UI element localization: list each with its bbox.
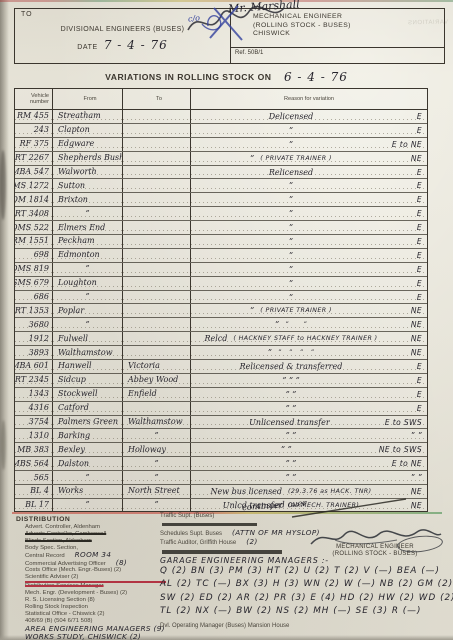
reason-cell: ” ” ” ” ” NE (191, 346, 427, 359)
column-header-to: To (123, 89, 191, 109)
reason-wrap: ” ” ” (194, 320, 388, 329)
to-cell (123, 207, 191, 220)
from-cell: ” (53, 291, 123, 304)
reason-text: ” (289, 265, 293, 274)
reason-cell: Relicensed E (191, 166, 427, 179)
reason-wrap: Relicensed & transferred (194, 362, 388, 371)
division-code: NE (388, 501, 424, 510)
reason-text: ” ” ” (282, 376, 299, 385)
division-code: NE (388, 348, 424, 357)
handwritten-note: (8) (116, 558, 127, 567)
document-title: VARIATIONS IN ROLLING STOCK ON (105, 72, 271, 82)
division-code: E (388, 390, 424, 399)
reason-cell: ” ” E (191, 402, 427, 415)
reason-text: Relcd (204, 334, 227, 343)
distribution-item: Costs Office (Mech. Engr.-Buses) (2) (25, 567, 166, 574)
to-cell (123, 277, 191, 290)
vehicle-number-cell: DMS 522 (15, 221, 53, 234)
to-cell: ” (123, 429, 191, 442)
division-code: E (388, 279, 424, 288)
reason-cell: ” E to NE (191, 138, 427, 151)
distribution-heading: DISTRIBUTION (16, 516, 166, 523)
reason-wrap: ” ( PRIVATE TRAINER ) (194, 306, 388, 315)
reason-cell: New bus licensed (29.3.76 as HACK. TNR) … (191, 485, 427, 498)
garage-lines: Q (2) BN (3) PM (3) HT (2) U (2) T (2) V… (160, 565, 450, 618)
reason-text: ” ” (286, 459, 297, 468)
vehicle-number-cell: 3680 (15, 318, 53, 331)
office-line-2: (ROLLING STOCK - BUSES) (253, 22, 444, 31)
reason-wrap: ” (194, 251, 388, 260)
edge-smudge (1, 420, 6, 470)
to-cell (123, 332, 191, 345)
reason-cell: Relicensed & transferred E (191, 360, 427, 373)
reason-wrap: ” (194, 223, 388, 232)
reason-cell: ” E (191, 263, 427, 276)
scanned-form-page: { "form": { "to_label": "TO", "addressee… (0, 0, 453, 640)
reason-cell: Relcd ( HACKNEY STAFF to HACKNEY TRAINER… (191, 332, 427, 345)
reason-wrap: ” ” ” ” ” (194, 348, 388, 357)
table-row: 243 Clapton ” E (15, 124, 427, 138)
division-code: E (388, 181, 424, 190)
from-cell: Sutton (53, 179, 123, 192)
reason-cell: ” E (191, 277, 427, 290)
to-cell: Victoria (123, 360, 191, 373)
to-cell (123, 346, 191, 359)
division-code: E to SWS (385, 418, 424, 427)
table-row: 686 ” ” E (15, 291, 427, 305)
table-row: RT 3408 ” ” E (15, 207, 427, 221)
distribution-item (162, 550, 282, 554)
distribution-footer: Dvl. Operating Manager (Buses) Mansion H… (160, 623, 450, 629)
to-cell: Enfield (123, 388, 191, 401)
distribution-item-label: Scientific Adviser (2) (25, 574, 78, 580)
to-cell (123, 166, 191, 179)
reason-cell: ” E (191, 249, 427, 262)
reason-note: (29.3.76 as HACK. TNR) (288, 488, 371, 495)
table-row: MBS 564 Dalston ” ” ” E to NE (15, 457, 427, 471)
vehicle-number-cell: MB 383 (15, 443, 53, 456)
reason-text: ” ” (286, 390, 297, 399)
division-code: E (388, 293, 424, 302)
office-line-3: CHISWICK (253, 30, 444, 39)
from-cell: Catford (53, 402, 123, 415)
reason-text: ” (289, 251, 293, 260)
reason-text: ” (250, 154, 254, 163)
from-cell: Hanwell (53, 360, 123, 373)
to-cell (123, 263, 191, 276)
distribution-item: Scientific Adviser (2) (25, 574, 166, 583)
table-row: MB 383 Bexley Holloway ” ” NE to SWS (15, 443, 427, 457)
reason-note: ( PRIVATE TRAINER ) (260, 155, 332, 162)
distribution-item: Statistical Office - Chiswick (2) (25, 611, 166, 618)
from-cell: Elmers End (53, 221, 123, 234)
from-cell: ” (53, 499, 123, 512)
division-code: E (388, 223, 424, 232)
table-row: 3680 ” ” ” ” NE (15, 318, 427, 332)
vehicle-number-cell: 3893 (15, 346, 53, 359)
form-header-box: TO DIVISIONAL ENGINEERS (BUSES) DATE7 - … (14, 8, 445, 64)
from-cell: Fulwell (53, 332, 123, 345)
reason-text: Delicensed (269, 112, 314, 121)
division-code: E (388, 376, 424, 385)
reason-cell: ” ” ” NE (191, 318, 427, 331)
distribution-item-label: WORKS STUDY, CHISWICK (2) (25, 632, 141, 640)
reason-text: Relicensed (269, 168, 313, 177)
scan-edge-left (0, 0, 9, 640)
distribution-item-label: R. S. Licensing Section (8) (25, 597, 95, 603)
reason-cell: ” E (191, 179, 427, 192)
date-label: DATE (77, 44, 98, 51)
table-row: 565 ” ” ” ” ” ” (15, 471, 427, 485)
reason-text: Unlicensed transfer (249, 418, 329, 427)
distribution-item: Adverts Controller, Camberwell (25, 531, 166, 538)
distribution-item-label: Central Record (25, 553, 65, 559)
reason-cell: ” ” ” E (191, 374, 427, 387)
date-line: DATE7 - 4 - 76 (15, 38, 230, 52)
to-cell (123, 193, 191, 206)
reason-text: New bus licensed (211, 487, 283, 496)
from-cell: Palmers Green (53, 416, 123, 429)
to-cell (123, 291, 191, 304)
vehicle-number-cell: 686 (15, 291, 53, 304)
vehicle-number-cell: MBA 601 (15, 360, 53, 373)
distribution-item: Rolling Stock Inspection (25, 604, 166, 611)
distribution-item-label: Statistical Office - Chiswick (2) (25, 611, 104, 617)
to-cell (123, 304, 191, 317)
division-code: E (388, 126, 424, 135)
division-code: E (388, 195, 424, 204)
table-row: MBA 601 Hanwell Victoria Relicensed & tr… (15, 360, 427, 374)
distribution-item: Advert. Controller, Aldenham (25, 524, 166, 531)
reason-wrap: ” ” (194, 404, 388, 413)
reason-text: ” (289, 195, 293, 204)
distribution-item: Distribution Services Manager (25, 583, 166, 590)
to-cell (123, 124, 191, 137)
distribution-item-label: Traffic Supt. (Buses) (160, 513, 214, 519)
reason-wrap: Relcd ( HACKNEY STAFF to HACKNEY TRAINER… (194, 334, 388, 343)
reason-wrap: ” ” (194, 459, 388, 468)
table-row: RM 455 Streatham Delicensed E (15, 110, 427, 124)
from-cell: Shepherds Bush (53, 152, 123, 165)
vehicle-number-cell: DMS 819 (15, 263, 53, 276)
reason-cell: Delicensed E (191, 110, 427, 123)
vehicle-number-cell: 4316 (15, 402, 53, 415)
reason-cell: ” ” E to NE (191, 457, 427, 470)
reason-wrap: ” (194, 293, 388, 302)
reason-text: ” (289, 279, 293, 288)
garage-allocation-line: SW (2) ED (2) AR (2) PR (3) E (4) HD (2)… (160, 592, 450, 605)
table-row: BL 17 ” ” Unlcd transfer (as MECH. TRAIN… (15, 499, 427, 512)
title-date-handwritten: 6 - 4 - 76 (284, 70, 348, 84)
reason-cell: ” ( PRIVATE TRAINER ) NE (191, 152, 427, 165)
reason-note: ” ” ” ” (278, 349, 314, 356)
reason-cell: Unlicensed transfer E to SWS (191, 416, 427, 429)
vehicle-number-cell: SMS 679 (15, 277, 53, 290)
distribution-item-label: Mech. Engr. (Development - Buses) (2) (25, 590, 127, 596)
garage-allocation-line: TL (2) NX (—) BW (2) NS (2) MH (—) SE (3… (160, 605, 450, 618)
from-cell: ” (53, 318, 123, 331)
to-cell: ” (123, 457, 191, 470)
reason-note: ( PRIVATE TRAINER ) (260, 307, 332, 314)
table-row: RT 2345 Sidcup Abbey Wood ” ” ” E (15, 374, 427, 388)
table-row: SMS 679 Loughton ” E (15, 277, 427, 291)
table-row: DMS 1272 Sutton ” E (15, 179, 427, 193)
reason-cell: ” ” NE to SWS (191, 443, 427, 456)
column-header-reason: Reason for variation (191, 89, 427, 109)
table-row: 1310 Barking ” ” ” ” ” (15, 429, 427, 443)
table-row: 3754 Palmers Green Walthamstow Unlicense… (15, 416, 427, 430)
ref-number: Ref. 50B/1 (231, 47, 444, 63)
reason-text: ” ” (286, 431, 297, 440)
division-code: ” ” (388, 473, 424, 482)
reason-note: ( HACKNEY STAFF to HACKNEY TRAINER ) (233, 335, 377, 342)
distribution-section: DISTRIBUTION Advert. Controller, Aldenha… (16, 516, 166, 640)
edge-smudge (0, 150, 6, 220)
reason-wrap: ” (194, 195, 388, 204)
vehicle-number-cell: 1912 (15, 332, 53, 345)
reason-cell: ” E (191, 291, 427, 304)
distribution-left-list: Advert. Controller, AldenhamAdverts Cont… (25, 524, 166, 640)
vehicle-number-cell: RT 2345 (15, 374, 53, 387)
office-line-1: MECHANICAL ENGINEER (253, 13, 444, 22)
signature-block: MECHANICAL ENGINEER (ROLLING STOCK - BUS… (305, 526, 445, 558)
table-row: MBA 547 Walworth Relicensed E (15, 166, 427, 180)
reason-cell: ” E (191, 193, 427, 206)
reason-text: ” ” (286, 473, 297, 482)
distribution-item-label: Adverts Controller, Camberwell (25, 531, 106, 537)
reason-wrap: ” (194, 140, 388, 149)
reason-note: ” ” (285, 321, 307, 328)
table-row: 1912 Fulwell Relcd ( HACKNEY STAFF to HA… (15, 332, 427, 346)
to-cell (123, 318, 191, 331)
distribution-item-label: Blinds Section, Aldenham (25, 538, 92, 544)
vehicle-number-cell: DMS 1272 (15, 179, 53, 192)
from-cell: Streatham (53, 110, 123, 123)
vehicle-number-cell: RF 375 (15, 138, 53, 151)
to-cell (123, 179, 191, 192)
distribution-item: Mech. Engr. (Development - Buses) (2) (25, 590, 166, 597)
vehicle-number-cell: MBS 564 (15, 457, 53, 470)
reason-text: ” (289, 126, 293, 135)
reason-wrap: Delicensed (194, 112, 388, 121)
distribution-item-label: Body Spec. Section, (25, 545, 78, 551)
reason-cell: ” ( PRIVATE TRAINER ) NE (191, 304, 427, 317)
division-code: E (388, 251, 424, 260)
division-code: E (388, 209, 424, 218)
division-code: NE (388, 334, 424, 343)
division-code: NE (388, 487, 424, 496)
division-code: E (388, 362, 424, 371)
to-cell (123, 138, 191, 151)
distribution-item-label: Advert. Controller, Aldenham (25, 524, 100, 530)
from-cell: Walworth (53, 166, 123, 179)
vehicle-number-cell: MBA 547 (15, 166, 53, 179)
table-row: DMS 819 ” ” E (15, 263, 427, 277)
reason-text: Relicensed & transferred (240, 362, 343, 371)
division-code: E to NE (388, 140, 424, 149)
reason-text: ” (289, 140, 293, 149)
scan-artifact-line-top (0, 0, 453, 2)
division-code: E to NE (388, 459, 424, 468)
vehicle-number-cell: BL 4 (15, 485, 53, 498)
table-body: RM 455 Streatham Delicensed E 243 Clapto… (15, 110, 427, 512)
table-header-row: Vehicle number From To Reason for variat… (15, 89, 427, 110)
division-code: E (388, 404, 424, 413)
distribution-item-label: Traffic Auditor, Griffith House (160, 540, 236, 546)
table-row: DM 1814 Brixton ” E (15, 193, 427, 207)
distribution-item: Traffic Supt. (Buses) (160, 513, 450, 520)
reason-text: ” (289, 293, 293, 302)
to-cell (123, 402, 191, 415)
from-cell: Sidcup (53, 374, 123, 387)
division-code: NE (388, 306, 424, 315)
reason-text: ” (268, 348, 272, 357)
vehicle-number-cell: RT 3408 (15, 207, 53, 220)
distribution-item-label: Schedules Supt. Buses (160, 531, 222, 537)
reason-wrap: ” (194, 181, 388, 190)
to-cell: ” (123, 471, 191, 484)
table-row: BL 4 Works North Street New bus licensed… (15, 485, 427, 499)
table-row: 1343 Stockwell Enfield ” ” E (15, 388, 427, 402)
table-row: 3893 Walthamstow ” ” ” ” ” NE (15, 346, 427, 360)
distribution-item (162, 523, 257, 527)
to-cell (123, 221, 191, 234)
reason-wrap: New bus licensed (29.3.76 as HACK. TNR) (194, 487, 388, 496)
division-code: NE (388, 154, 424, 163)
from-cell: Bexley (53, 443, 123, 456)
vehicle-number-cell: DM 1814 (15, 193, 53, 206)
reason-cell: ” E (191, 124, 427, 137)
table-row: 698 Edmonton ” E (15, 249, 427, 263)
to-cell: Walthamstow (123, 416, 191, 429)
reason-text: ” (289, 209, 293, 218)
distribution-item-label: Costs Office (Mech. Engr.-Buses) (2) (25, 567, 121, 573)
reason-wrap: Relicensed (194, 168, 388, 177)
vehicle-number-cell: 243 (15, 124, 53, 137)
vehicle-number-cell: RT 2267 (15, 152, 53, 165)
handwritten-note: ROOM 34 (75, 550, 112, 559)
ink-annotation-co: c/o (188, 13, 201, 23)
reason-wrap: Unlicensed transfer (194, 418, 385, 427)
vehicle-number-cell: 565 (15, 471, 53, 484)
distribution-item: R. S. Licensing Section (8) (25, 597, 166, 604)
from-cell: Clapton (53, 124, 123, 137)
division-code: NE to SWS (379, 445, 424, 454)
reason-cell: ” E (191, 221, 427, 234)
table-row: RM 1551 Peckham ” E (15, 235, 427, 249)
reason-wrap: ” ” ” (194, 376, 388, 385)
from-cell: Dalston (53, 457, 123, 470)
from-cell: Edgware (53, 138, 123, 151)
reason-text: ” ” (286, 404, 297, 413)
from-cell: ” (53, 207, 123, 220)
to-cell (123, 249, 191, 262)
addressee: DIVISIONAL ENGINEERS (BUSES) (15, 26, 230, 33)
reason-wrap: ” ” (194, 390, 388, 399)
reason-wrap: ” ” (194, 473, 388, 482)
reason-wrap: ” ” (194, 445, 379, 454)
distribution-item-label: Distribution Services Manager (25, 583, 104, 589)
division-code: ” ” (388, 431, 424, 440)
distribution-item-label: Commercial Advertising Officer (25, 561, 106, 567)
reason-cell: ” ” ” ” (191, 429, 427, 442)
vehicle-number-cell: 1343 (15, 388, 53, 401)
from-cell: Walthamstow (53, 346, 123, 359)
distribution-item-label: Rolling Stock Inspection (25, 604, 88, 610)
division-code: E (388, 168, 424, 177)
reason-cell: ” ” ” ” (191, 471, 427, 484)
table-row: RF 375 Edgware ” E to NE (15, 138, 427, 152)
table-row: RT 2267 Shepherds Bush ” ( PRIVATE TRAIN… (15, 152, 427, 166)
division-code: NE (388, 320, 424, 329)
reason-cell: ” ” E (191, 388, 427, 401)
reason-wrap: ” ” (194, 431, 388, 440)
reason-wrap: ” (194, 237, 388, 246)
reason-text: ” (289, 181, 293, 190)
document-title-row: VARIATIONS IN ROLLING STOCK ON 6 - 4 - 7… (0, 67, 453, 85)
to-cell: Holloway (123, 443, 191, 456)
reason-text: ” (275, 320, 279, 329)
stamp-line-2: (ROLLING STOCK - BUSES) (305, 551, 445, 558)
to-cell (123, 152, 191, 165)
table-row: DMS 522 Elmers End ” E (15, 221, 427, 235)
reason-wrap: ” (194, 265, 388, 274)
reason-wrap: ” (194, 126, 388, 135)
table-row: 4316 Catford ” ” E (15, 402, 427, 416)
garage-allocation-line: AL (2) TC (—) BX (3) H (3) WN (2) W (—) … (160, 578, 450, 591)
from-cell: Loughton (53, 277, 123, 290)
to-cell (123, 110, 191, 123)
distribution-item: Blinds Section, Aldenham (25, 538, 166, 545)
reason-wrap: ” (194, 279, 388, 288)
reason-cell: Unlcd transfer (as MECH. TRAINER) NE (191, 499, 427, 512)
reason-text: ” ” (281, 445, 292, 454)
column-header-from: From (53, 89, 123, 109)
distribution-item: WORKS STUDY, CHISWICK (2) (25, 633, 166, 640)
reason-wrap: ” ( PRIVATE TRAINER ) (194, 154, 388, 163)
vehicle-number-cell: RM 1551 (15, 235, 53, 248)
garage-allocation-line: Q (2) BN (3) PM (3) HT (2) U (2) T (2) V… (160, 565, 450, 578)
handwritten-note: (2) (246, 537, 257, 546)
vehicle-number-cell: RT 1353 (15, 304, 53, 317)
from-cell: Brixton (53, 193, 123, 206)
to-cell: ” (123, 499, 191, 512)
from-cell: Works (53, 485, 123, 498)
division-code: E (388, 112, 424, 121)
reason-text: ” (250, 306, 254, 315)
reason-wrap: ” (194, 209, 388, 218)
variations-table: Vehicle number From To Reason for variat… (14, 88, 428, 512)
vehicle-number-cell: RM 455 (15, 110, 53, 123)
to-cell (123, 235, 191, 248)
distribution-item: Central RecordROOM 34 (25, 552, 166, 560)
from-cell: Barking (53, 429, 123, 442)
column-header-vehicle-number: Vehicle number (15, 89, 53, 109)
from-cell: ” (53, 263, 123, 276)
reason-text: ” (289, 223, 293, 232)
to-cell: North Street (123, 485, 191, 498)
division-code: E (388, 237, 424, 246)
division-code: E (388, 265, 424, 274)
vehicle-number-cell: 1310 (15, 429, 53, 442)
from-cell: ” (53, 471, 123, 484)
to-cell: Abbey Wood (123, 374, 191, 387)
header-right-cell: MECHANICAL ENGINEER (ROLLING STOCK - BUS… (231, 9, 444, 63)
from-cell: Poplar (53, 304, 123, 317)
vehicle-number-cell: BL 17 (15, 499, 53, 512)
vehicle-number-cell: 698 (15, 249, 53, 262)
from-cell: Edmonton (53, 249, 123, 262)
